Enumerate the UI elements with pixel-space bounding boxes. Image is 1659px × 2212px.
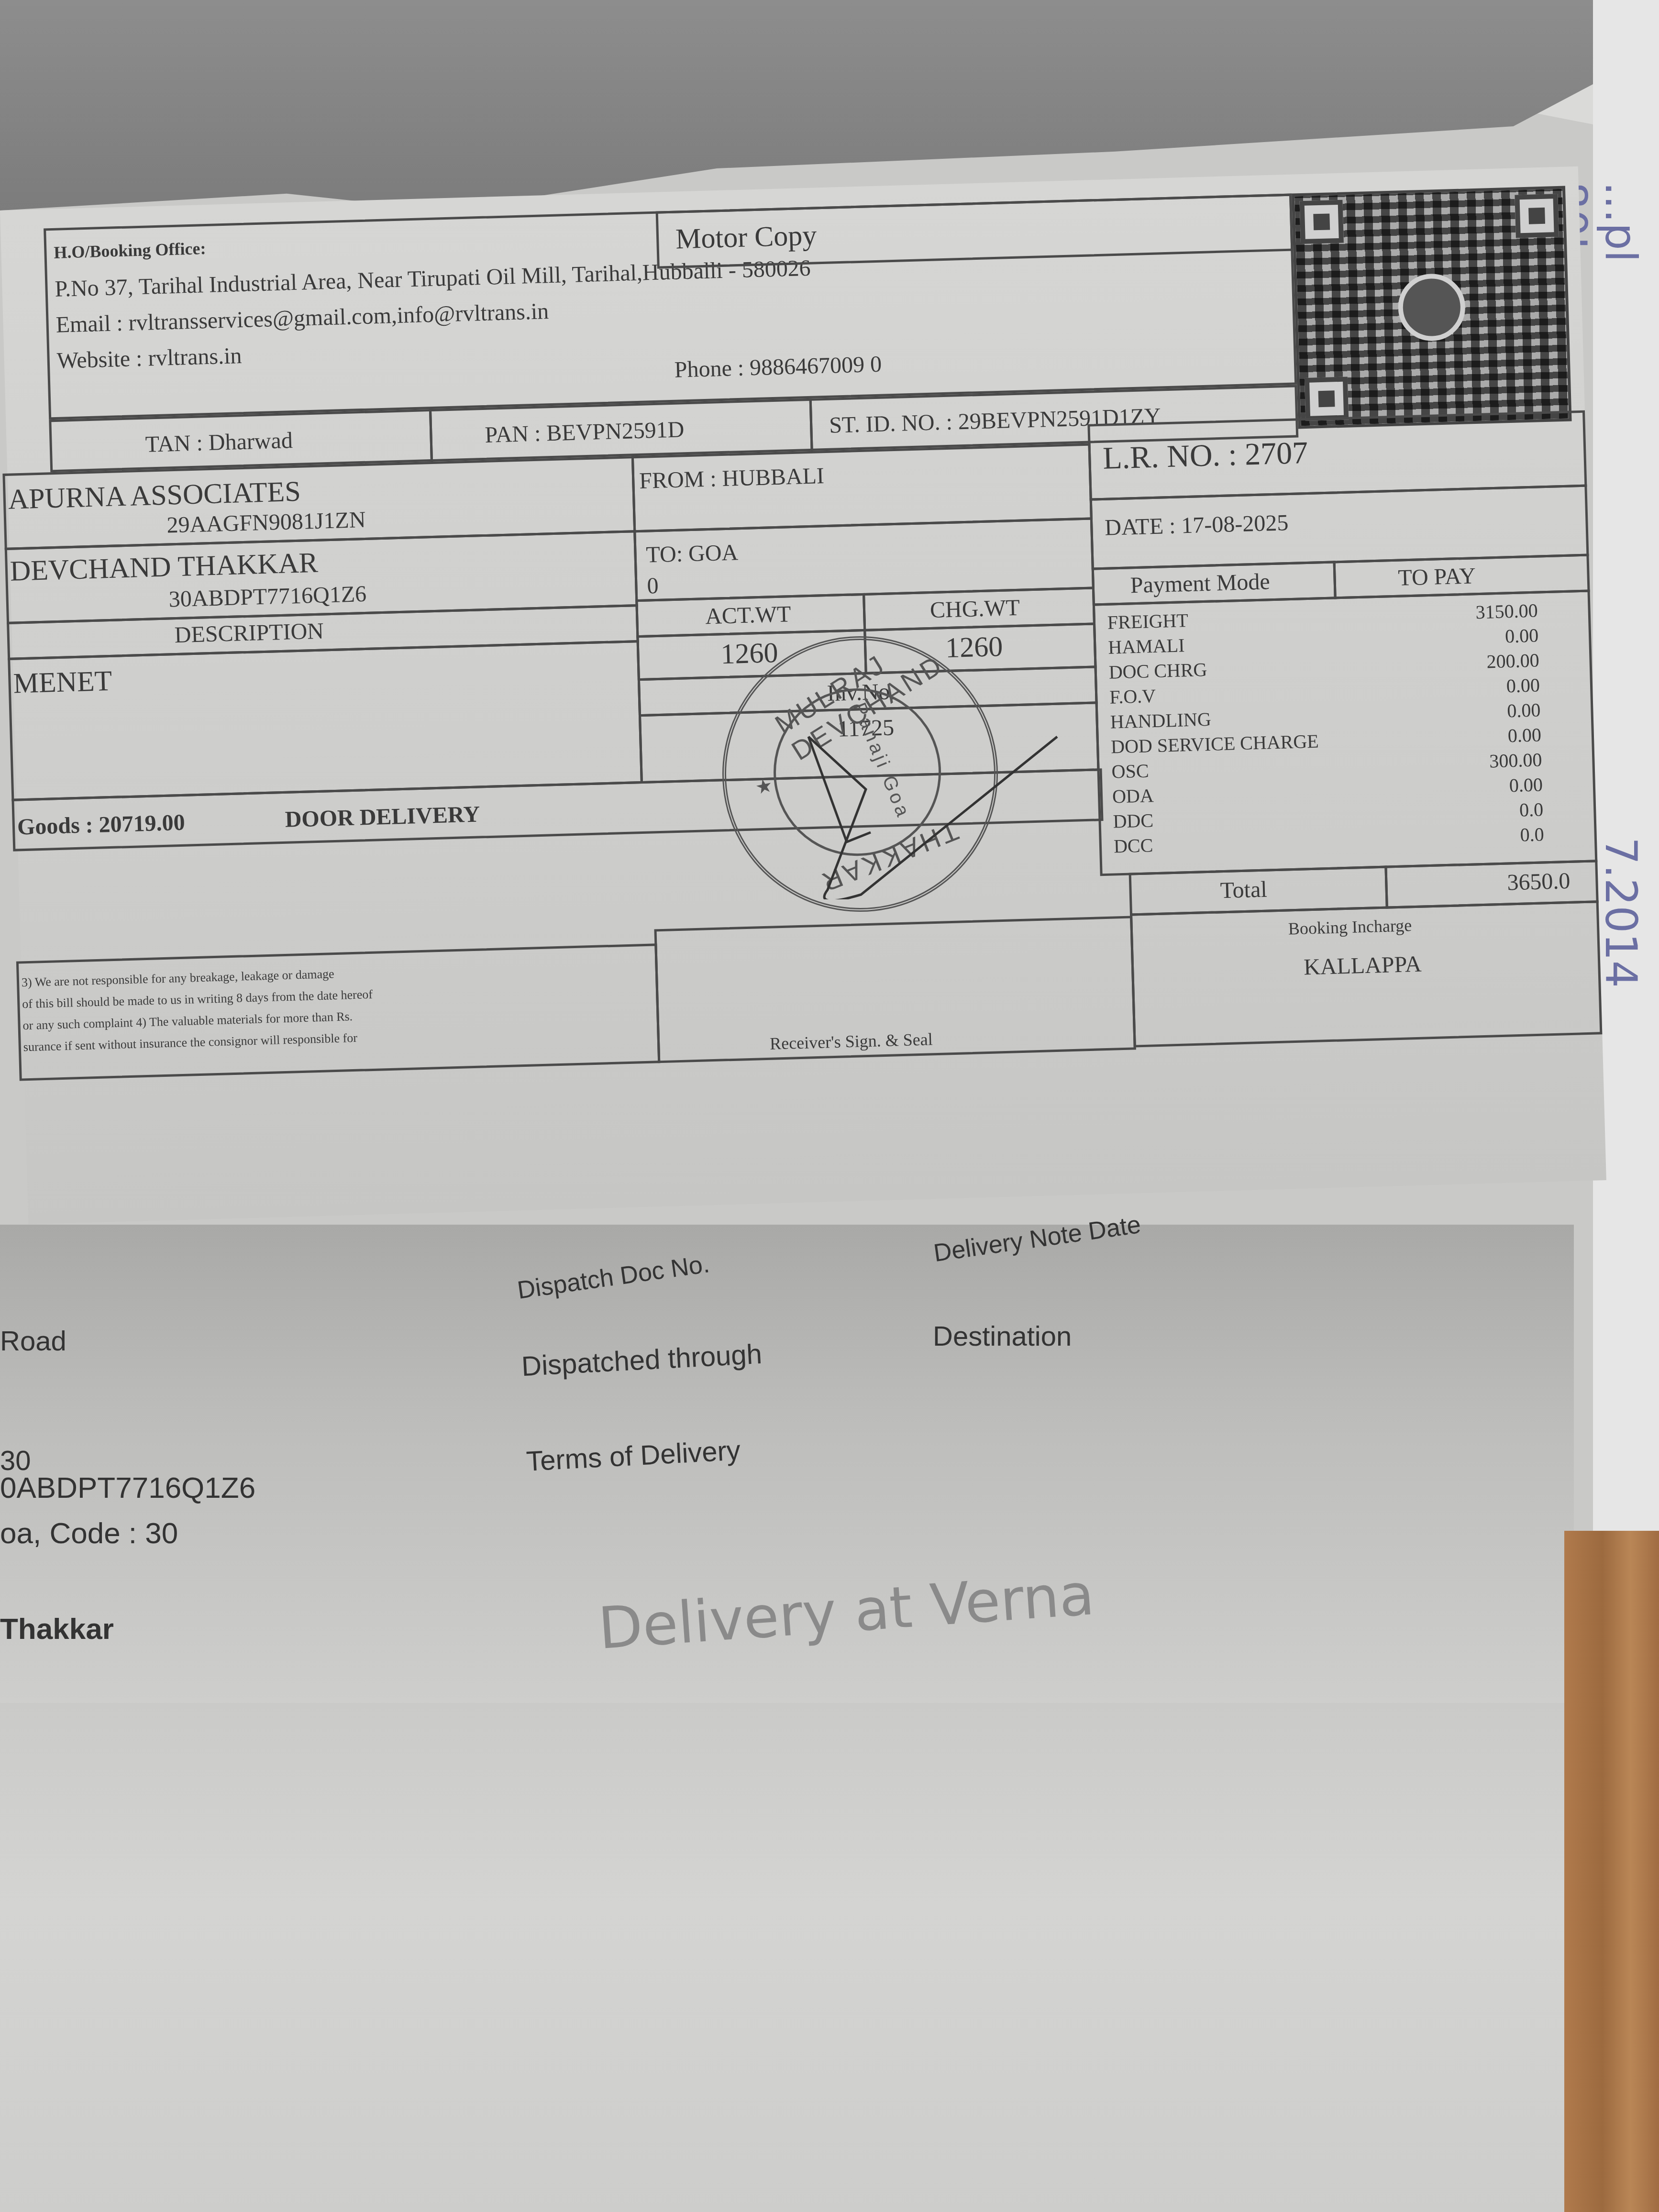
qr-finder: [1515, 194, 1559, 238]
total-value: 3650.0: [1507, 868, 1571, 896]
charge-value: 0.00: [1506, 673, 1540, 699]
qr-code: [1292, 186, 1572, 429]
office-heading: H.O/Booking Office:: [54, 238, 206, 263]
charge-value: 0.0: [1520, 822, 1544, 847]
charge-value: 0.00: [1507, 722, 1541, 748]
buyer-gstin: 0ABDPT7716Q1Z6: [0, 1471, 255, 1505]
pan-value: PAN : BEVPN2591D: [485, 416, 685, 448]
lr-number: L.R. NO. : 2707: [1102, 435, 1308, 477]
booking-incharge-label: Booking Incharge: [1288, 915, 1412, 939]
charge-label: HANDLING: [1110, 707, 1211, 735]
star-icon: ★: [753, 774, 774, 799]
buyer-name: Thakkar: [0, 1612, 114, 1646]
blank-paper-area: [0, 1703, 1569, 2212]
from-value: FROM : HUBBALI: [639, 463, 825, 494]
tan-value: TAN : Dharwad: [145, 427, 293, 458]
charge-label: OSC: [1111, 758, 1149, 784]
upi-logo-icon: [1397, 273, 1466, 342]
description-header: DESCRIPTION: [174, 618, 324, 648]
copy-label: Motor Copy: [675, 219, 817, 255]
charge-label: F.O.V: [1109, 684, 1156, 710]
charges-list: FREIGHT3150.00 HAMALI0.00 DOC CHRG200.00…: [1107, 598, 1544, 859]
charge-label: DOC CHRG: [1108, 657, 1207, 685]
charge-value: 200.00: [1486, 648, 1539, 675]
consignee-gstin: 30ABDPT7716Q1Z6: [168, 581, 367, 613]
consignor-gstin: 29AAGFN9081J1ZN: [166, 507, 366, 539]
delivery-type: DOOR DELIVERY: [285, 801, 480, 832]
destination-label: Destination: [933, 1320, 1072, 1352]
to-value: TO: GOA: [646, 539, 739, 568]
charge-value: 0.0: [1519, 797, 1544, 822]
charge-label: ODA: [1112, 783, 1154, 809]
goods-value: Goods : 20719.00: [17, 809, 185, 841]
margin-note: 7.2014: [1595, 837, 1646, 988]
lr-date: DATE : 17-08-2025: [1105, 509, 1289, 541]
payment-mode-value: TO PAY: [1398, 563, 1476, 591]
charge-value: 0.00: [1509, 772, 1543, 798]
buyer-state-code: oa, Code : 30: [0, 1516, 178, 1550]
office-website: Website : rvltrans.in: [56, 343, 242, 374]
total-label: Total: [1220, 876, 1267, 904]
description-item: MENET: [13, 664, 112, 700]
wooden-surface: [1564, 1531, 1659, 2212]
booking-incharge-name: KALLAPPA: [1303, 951, 1422, 981]
buyer-fragment: Road: [0, 1325, 66, 1357]
charge-value: 0.00: [1507, 697, 1541, 723]
charge-value: 0.00: [1504, 623, 1538, 649]
charge-value: 300.00: [1489, 747, 1542, 774]
act-wt-value: 1260: [720, 636, 779, 671]
charge-label: HAMALI: [1108, 633, 1185, 660]
charge-value: 3150.00: [1475, 598, 1538, 625]
payment-mode-label: Payment Mode: [1130, 568, 1270, 598]
qr-finder: [1305, 376, 1349, 420]
to-extra: 0: [647, 573, 659, 599]
charge-label: DDC: [1113, 808, 1154, 834]
charge-label: DCC: [1113, 833, 1153, 859]
charge-label: FREIGHT: [1107, 608, 1188, 635]
signature: [789, 718, 1076, 899]
act-wt-label: ACT.WT: [705, 601, 792, 630]
qr-finder: [1300, 200, 1344, 244]
